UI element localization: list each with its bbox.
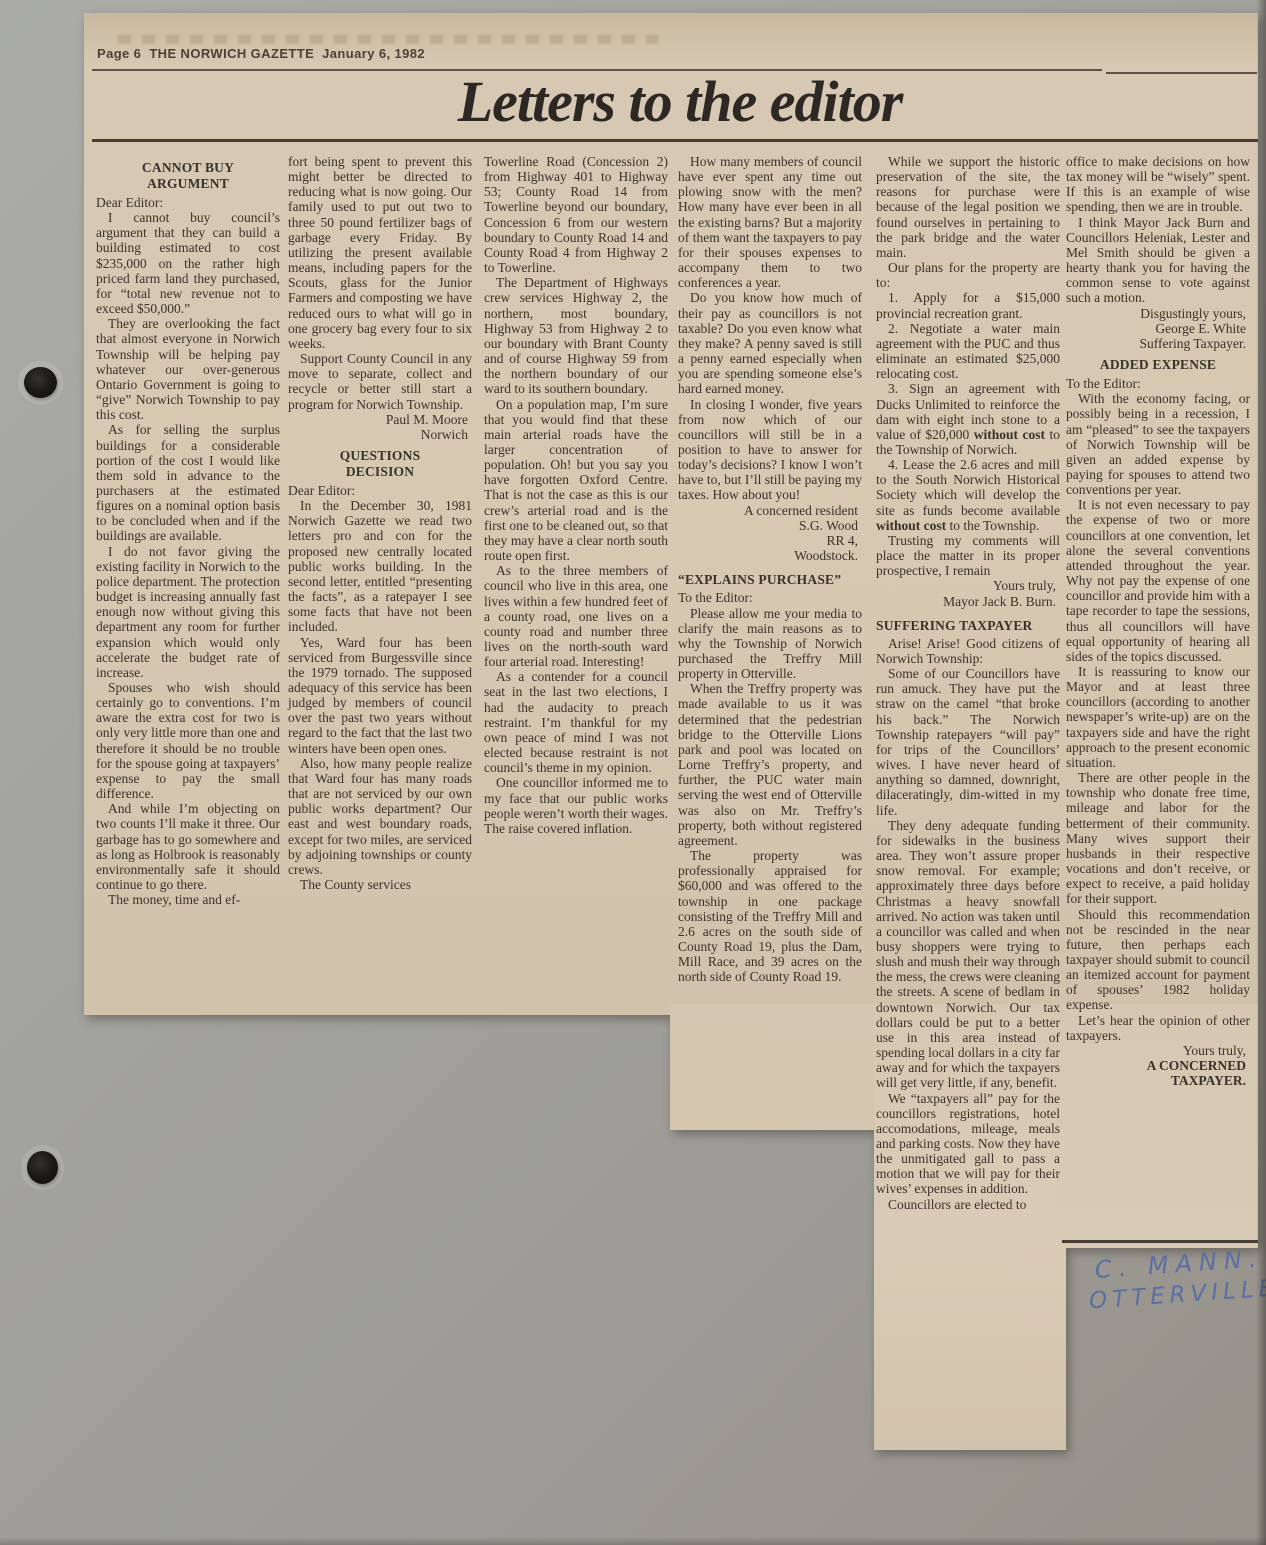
punch-hole-top [24, 367, 57, 398]
masthead-rule-right [1106, 72, 1257, 74]
letter-paragraph: Spouses who wish should certainly go to … [96, 680, 280, 801]
masthead: Page 6 THE NORWICH GAZETTE January 6, 19… [97, 46, 425, 61]
clipping-column4-tail [670, 1004, 886, 1130]
letter-paragraph: While we support the historic preservati… [876, 154, 1060, 260]
scrapbook-page: Page 6 THE NORWICH GAZETTE January 6, 19… [0, 0, 1266, 1545]
letter-paragraph: Do you know how much of their pay as cou… [678, 290, 862, 396]
letter-paragraph: Our plans for the property are to: [876, 260, 1060, 290]
letter-paragraph: Arise! Arise! Good citizens of Norwich T… [876, 636, 1060, 666]
letter-paragraph: One councillor informed me to my face th… [484, 775, 668, 836]
letter-paragraph: We “taxpayers all” pay for the councillo… [876, 1091, 1060, 1197]
page-title: Letters to the editor [320, 72, 1040, 132]
letter-paragraph: When the Treffry property was made avail… [678, 681, 862, 848]
letter-paragraph: The money, time and ef- [96, 892, 280, 907]
letter-paragraph: The property was professionally appraise… [678, 848, 862, 984]
letter-paragraph: In closing I wonder, five years from now… [678, 397, 862, 503]
letter-paragraph: Also, how many people realize that Ward … [288, 756, 472, 877]
page-edge-shadow-bottom [0, 1537, 1266, 1545]
letter-paragraph: Councillors are elected to [876, 1197, 1060, 1212]
letter-paragraph: I cannot buy council’s argument that the… [96, 210, 280, 316]
letter-paragraph: As a contender for a council seat in the… [484, 669, 668, 775]
letter-paragraph: It is not even necessary to pay the expe… [1066, 497, 1250, 664]
letter-paragraph: Towerline Road (Concession 2) from Highw… [484, 154, 668, 275]
letter-signature: Yours truly,A CONCERNEDTAXPAYER. [1066, 1043, 1250, 1088]
letter-paragraph: fort being spent to prevent this might b… [288, 154, 472, 351]
page-edge-shadow-right [1256, 0, 1266, 1545]
letter-paragraph: And while I’m objecting on two counts I’… [96, 801, 280, 892]
letter-salutation: Dear Editor: [288, 483, 472, 498]
column-6: office to make decisions on how tax mone… [1066, 154, 1250, 1088]
letter-paragraph: There are other people in the township w… [1066, 770, 1250, 906]
letter-paragraph: It is reassuring to know our Mayor and a… [1066, 664, 1250, 770]
letter-paragraph: 3. Sign an agreement with Ducks Unlimite… [876, 381, 1060, 457]
letter-paragraph: They deny adequate funding for sidewalks… [876, 818, 1060, 1091]
letter-salutation: Dear Editor: [96, 195, 280, 210]
newspaper-clipping-collage: Page 6 THE NORWICH GAZETTE January 6, 19… [0, 0, 1266, 1545]
letter-paragraph: I do not favor giving the existing facil… [96, 544, 280, 680]
letter-paragraph: The County services [288, 877, 472, 892]
column-1: CANNOT BUY ARGUMENTDear Editor:I cannot … [96, 154, 280, 907]
punch-hole-bottom [27, 1151, 58, 1184]
letter-paragraph: Yes, Ward four has been serviced from Bu… [288, 635, 472, 756]
letter-heading: “EXPLAINS PURCHASE” [678, 572, 862, 587]
letter-paragraph: 4. Lease the 2.6 acres and mill to the S… [876, 457, 1060, 533]
letter-paragraph: Let’s hear the opinion of other taxpayer… [1066, 1013, 1250, 1043]
letter-paragraph: On a population map, I’m sure that you w… [484, 397, 668, 564]
handwritten-note: C. MANN. OTTERVILLE [1094, 1243, 1266, 1314]
letter-paragraph: As for selling the surplus buildings for… [96, 422, 280, 543]
letter-paragraph: They are overlooking the fact that almos… [96, 316, 280, 422]
letter-paragraph: How many members of council have ever sp… [678, 154, 862, 290]
letter-paragraph: 1. Apply for a $15,000 provincial recrea… [876, 290, 1060, 320]
letter-heading: QUESTIONS DECISION [288, 448, 472, 480]
letter-signature: Disgustingly yours,George E. WhiteSuffer… [1066, 306, 1250, 351]
column-5: While we support the historic preservati… [876, 154, 1060, 1212]
letter-heading: SUFFERING TAXPAYER [876, 618, 1060, 633]
letter-paragraph: Support County Council in any move to se… [288, 351, 472, 412]
letter-paragraph: 2. Negotiate a water main agreement with… [876, 321, 1060, 382]
letter-paragraph: The Department of Highways crew services… [484, 275, 668, 396]
ink-transfer-ghost [118, 35, 658, 44]
letter-signature: Yours truly,Mayor Jack B. Burn. [876, 578, 1060, 608]
letter-paragraph: I think Mayor Jack Burn and Councillors … [1066, 215, 1250, 306]
letter-paragraph: Should this recommendation not be rescin… [1066, 907, 1250, 1013]
letter-paragraph: Please allow me your media to clarify th… [678, 606, 862, 682]
letter-signature: A concerned residentS.G. WoodRR 4,Woodst… [678, 503, 862, 564]
letter-heading: CANNOT BUY ARGUMENT [96, 160, 280, 192]
letter-paragraph: Some of our Councillors have run amuck. … [876, 666, 1060, 818]
title-rule [92, 139, 1258, 142]
clipping-bottom-rule [1062, 1240, 1258, 1243]
letter-salutation: To the Editor: [1066, 376, 1250, 391]
letter-heading: ADDED EXPENSE [1066, 357, 1250, 373]
column-4: How many members of council have ever sp… [678, 154, 862, 984]
letter-paragraph: With the economy facing, or possibly bei… [1066, 391, 1250, 497]
letter-paragraph: As to the three members of council who l… [484, 563, 668, 669]
letter-paragraph: In the December 30, 1981 Norwich Gazette… [288, 498, 472, 634]
column-3: Towerline Road (Concession 2) from Highw… [484, 154, 668, 836]
letter-salutation: To the Editor: [678, 590, 862, 605]
letter-signature: Paul M. MooreNorwich [288, 412, 472, 442]
column-2: fort being spent to prevent this might b… [288, 154, 472, 892]
letter-paragraph: Trusting my comments will place the matt… [876, 533, 1060, 578]
letter-paragraph: office to make decisions on how tax mone… [1066, 154, 1250, 215]
